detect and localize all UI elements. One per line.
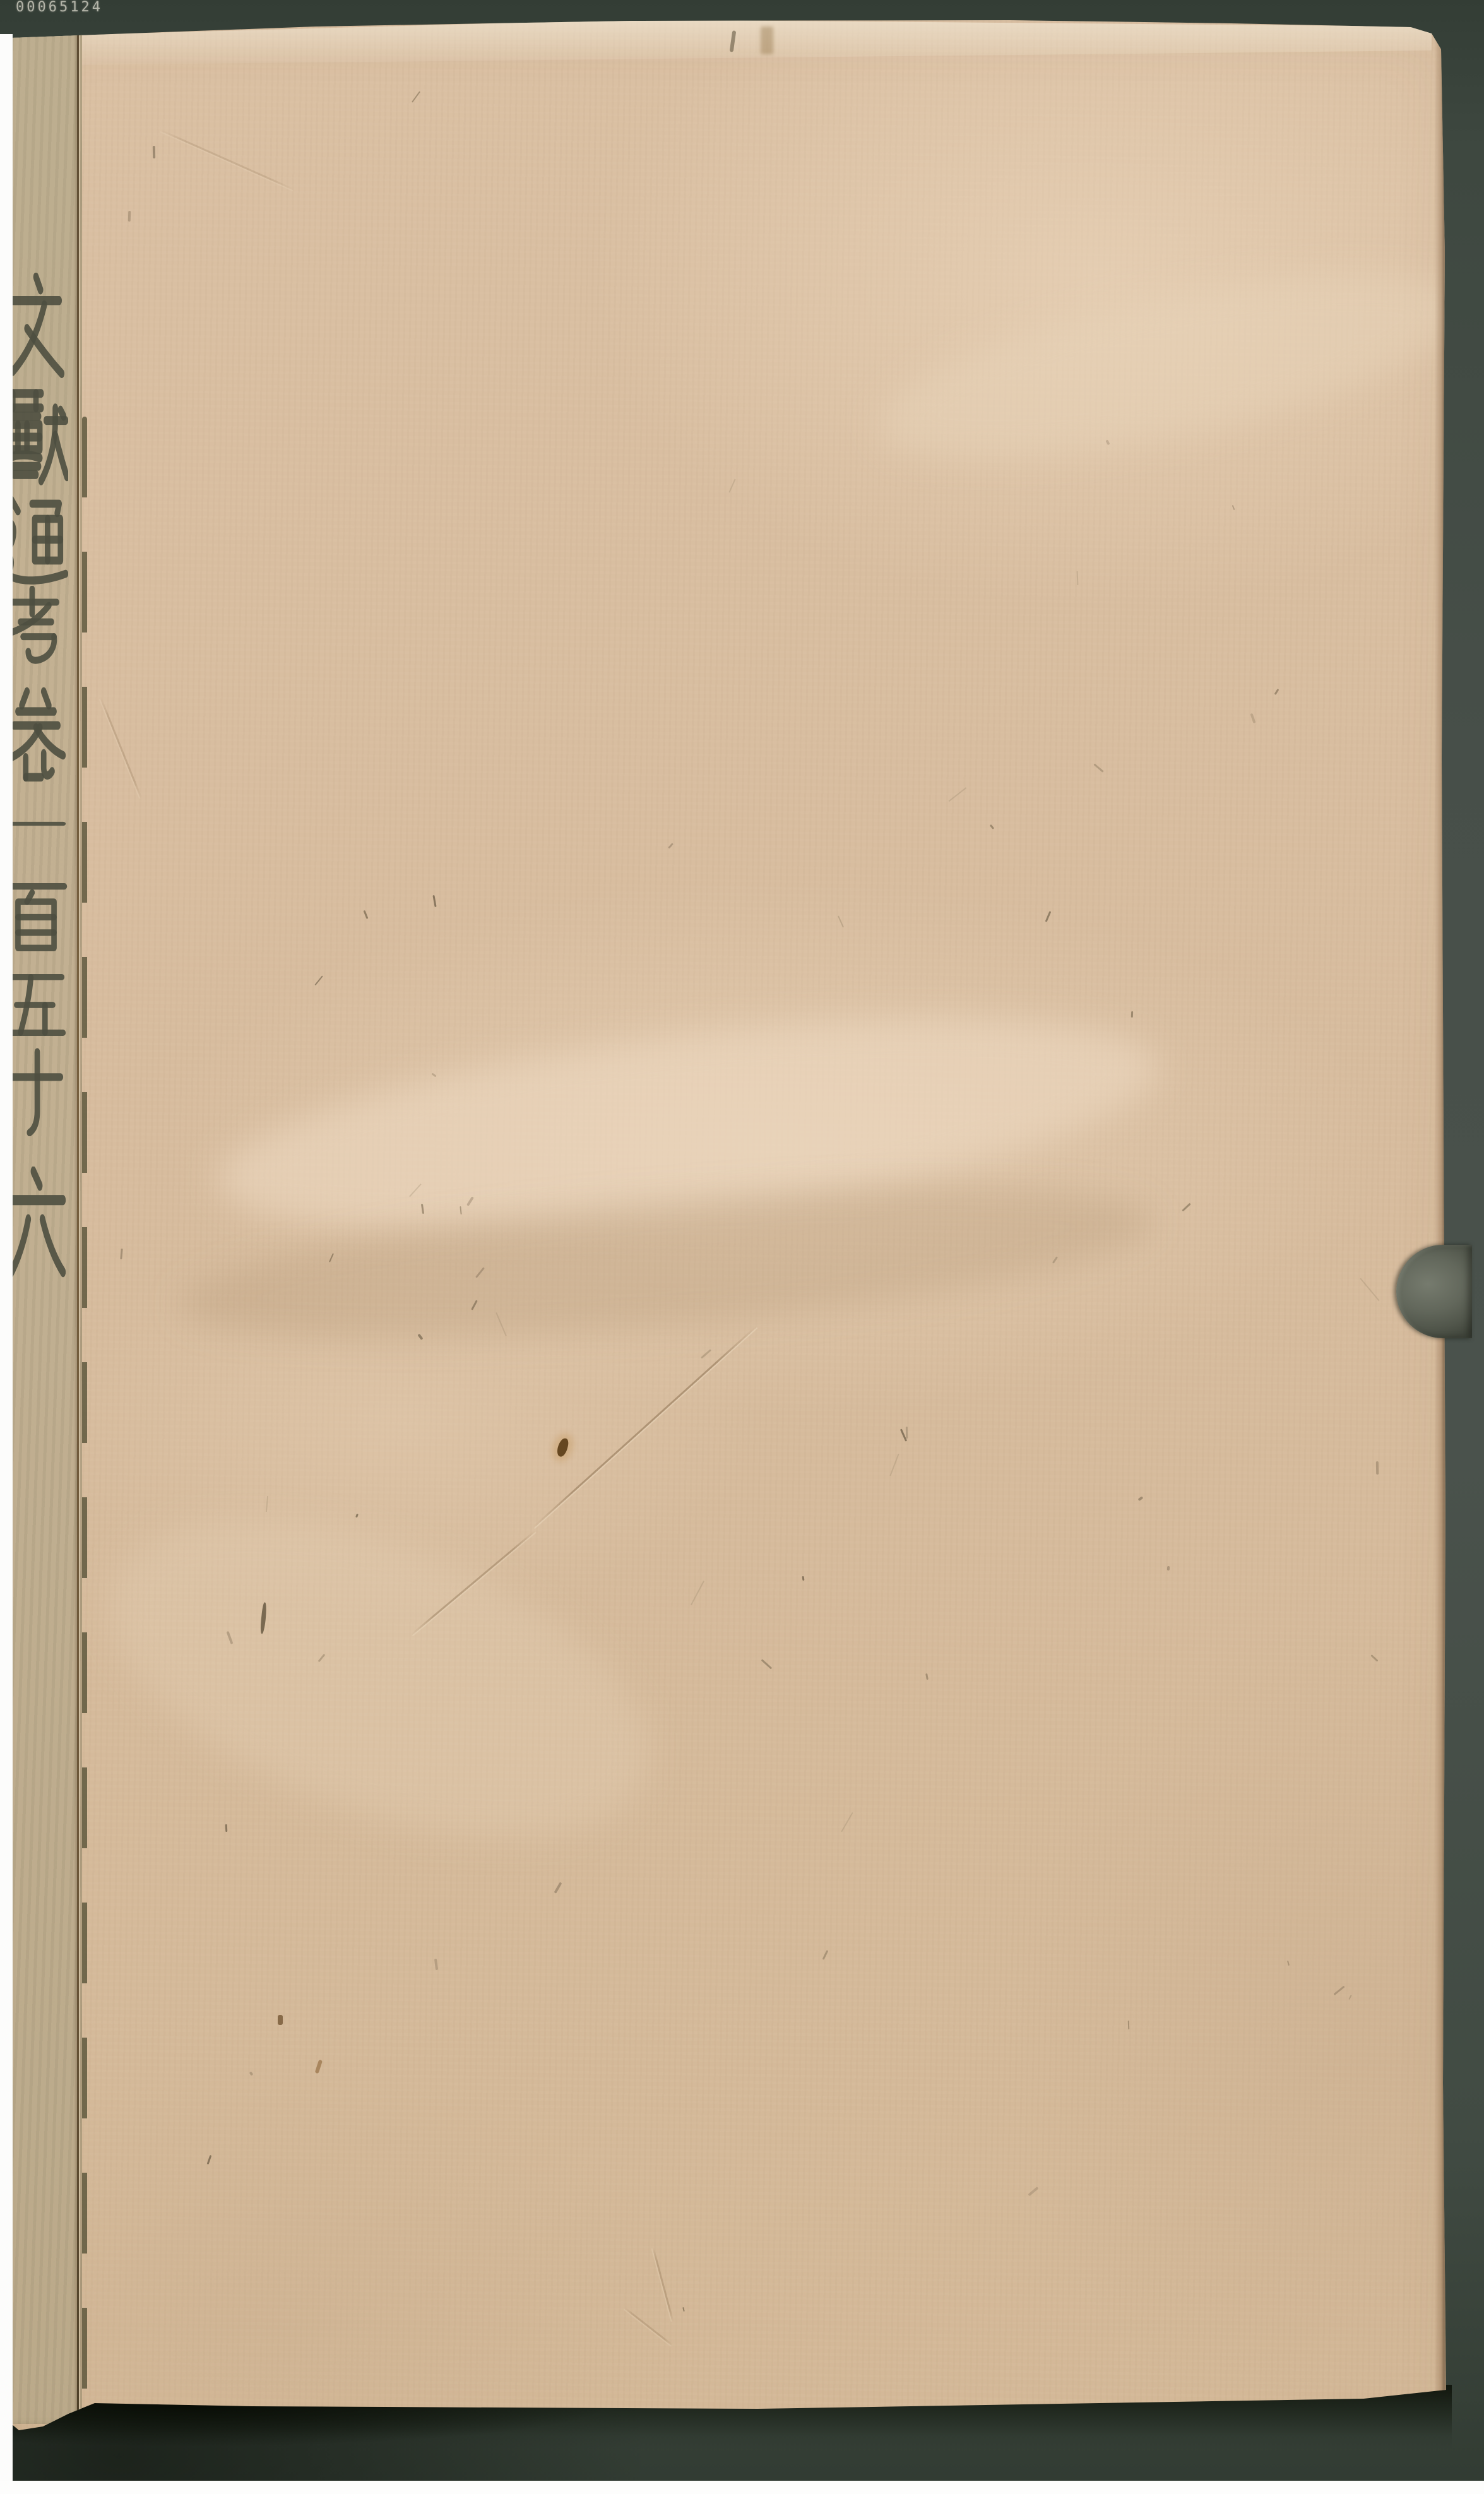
fiber-hair <box>691 1581 704 1605</box>
fiber-hair <box>948 787 966 802</box>
fiber-speck <box>802 1576 805 1581</box>
crease-line <box>100 698 142 799</box>
fiber-speck <box>314 975 323 985</box>
crease-line <box>653 2248 674 2322</box>
spine-title-character <box>4 1167 68 1286</box>
fiber-speck <box>1274 689 1279 695</box>
fiber-speck <box>701 1349 711 1358</box>
spine-title-character <box>4 1047 68 1136</box>
smudge <box>761 27 773 54</box>
fiber-hair <box>841 1812 853 1832</box>
fiber-speck <box>761 1660 772 1670</box>
spine-title-character <box>4 586 68 668</box>
wrinkle-highlight <box>66 1458 691 1901</box>
fiber-speck <box>554 1882 562 1893</box>
fiber-speck <box>668 843 674 849</box>
fiber-hair <box>1360 1278 1379 1301</box>
fiber-speck <box>906 1427 908 1439</box>
fiber-speck <box>434 1959 438 1970</box>
scan-canvas: 00065124 <box>0 0 1484 2494</box>
fiber-hair <box>266 1496 268 1512</box>
fiber-speck <box>1167 1566 1170 1571</box>
book-page <box>0 0 1484 2494</box>
fiber-speck <box>1376 1461 1379 1475</box>
crease-line <box>624 2307 673 2346</box>
fiber-speck <box>225 1824 227 1832</box>
fiber-speck <box>207 2155 212 2164</box>
spine-stitch-marks <box>82 417 87 2430</box>
fiber-speck <box>822 1950 829 1960</box>
fiber-speck <box>1131 1011 1133 1018</box>
fiber-speck <box>1182 1203 1190 1212</box>
fiber-hair <box>728 479 735 493</box>
spine-title-character <box>4 686 68 785</box>
spine-title-character <box>4 385 68 489</box>
scan-margin-bottom <box>0 2481 1484 2494</box>
fiber-speck <box>682 2307 685 2312</box>
fiber-speck <box>1287 1961 1290 1966</box>
scan-margin-left <box>0 34 13 2494</box>
fiber-speck <box>431 1072 436 1077</box>
fiber-speck <box>1348 1995 1351 2000</box>
fiber-speck <box>153 146 155 158</box>
scan-id-number: 00065124 <box>16 1 103 15</box>
fiber-speck <box>1093 763 1104 773</box>
fiber-speck <box>1128 2021 1130 2029</box>
crease-line <box>533 1326 757 1528</box>
fiber-hair <box>889 1454 899 1476</box>
fiber-speck <box>990 824 994 829</box>
spine-title-character <box>4 968 68 1042</box>
fiber-speck <box>432 895 436 907</box>
fiber-speck <box>838 915 844 927</box>
fiber-speck <box>1045 911 1052 922</box>
crease-line <box>160 129 294 190</box>
fiber-speck <box>128 211 131 222</box>
fiber-hair <box>1077 571 1078 585</box>
fiber-speck <box>355 1514 359 1518</box>
fiber-speck <box>1333 1986 1345 1996</box>
fiber-speck <box>1250 713 1255 723</box>
fiber-speck <box>1028 2187 1038 2196</box>
ink-stain <box>556 1437 570 1458</box>
fiber-speck <box>120 1249 122 1259</box>
fiber-speck <box>249 2071 254 2075</box>
fiber-speck <box>1138 1496 1144 1501</box>
fiber-speck <box>1232 505 1235 510</box>
fiber-speck <box>363 910 368 919</box>
spine-title-character <box>4 492 68 587</box>
spine-title-character <box>4 879 68 956</box>
fiber-mark <box>278 2015 283 2025</box>
spine-title-character <box>4 800 68 847</box>
fiber-speck <box>925 1673 929 1680</box>
wrinkle-highlight <box>864 236 1479 497</box>
fiber-speck <box>412 91 420 102</box>
fiber-speck <box>1370 1654 1378 1661</box>
fiber-mark <box>315 2060 323 2074</box>
spine-title-character <box>4 273 68 380</box>
